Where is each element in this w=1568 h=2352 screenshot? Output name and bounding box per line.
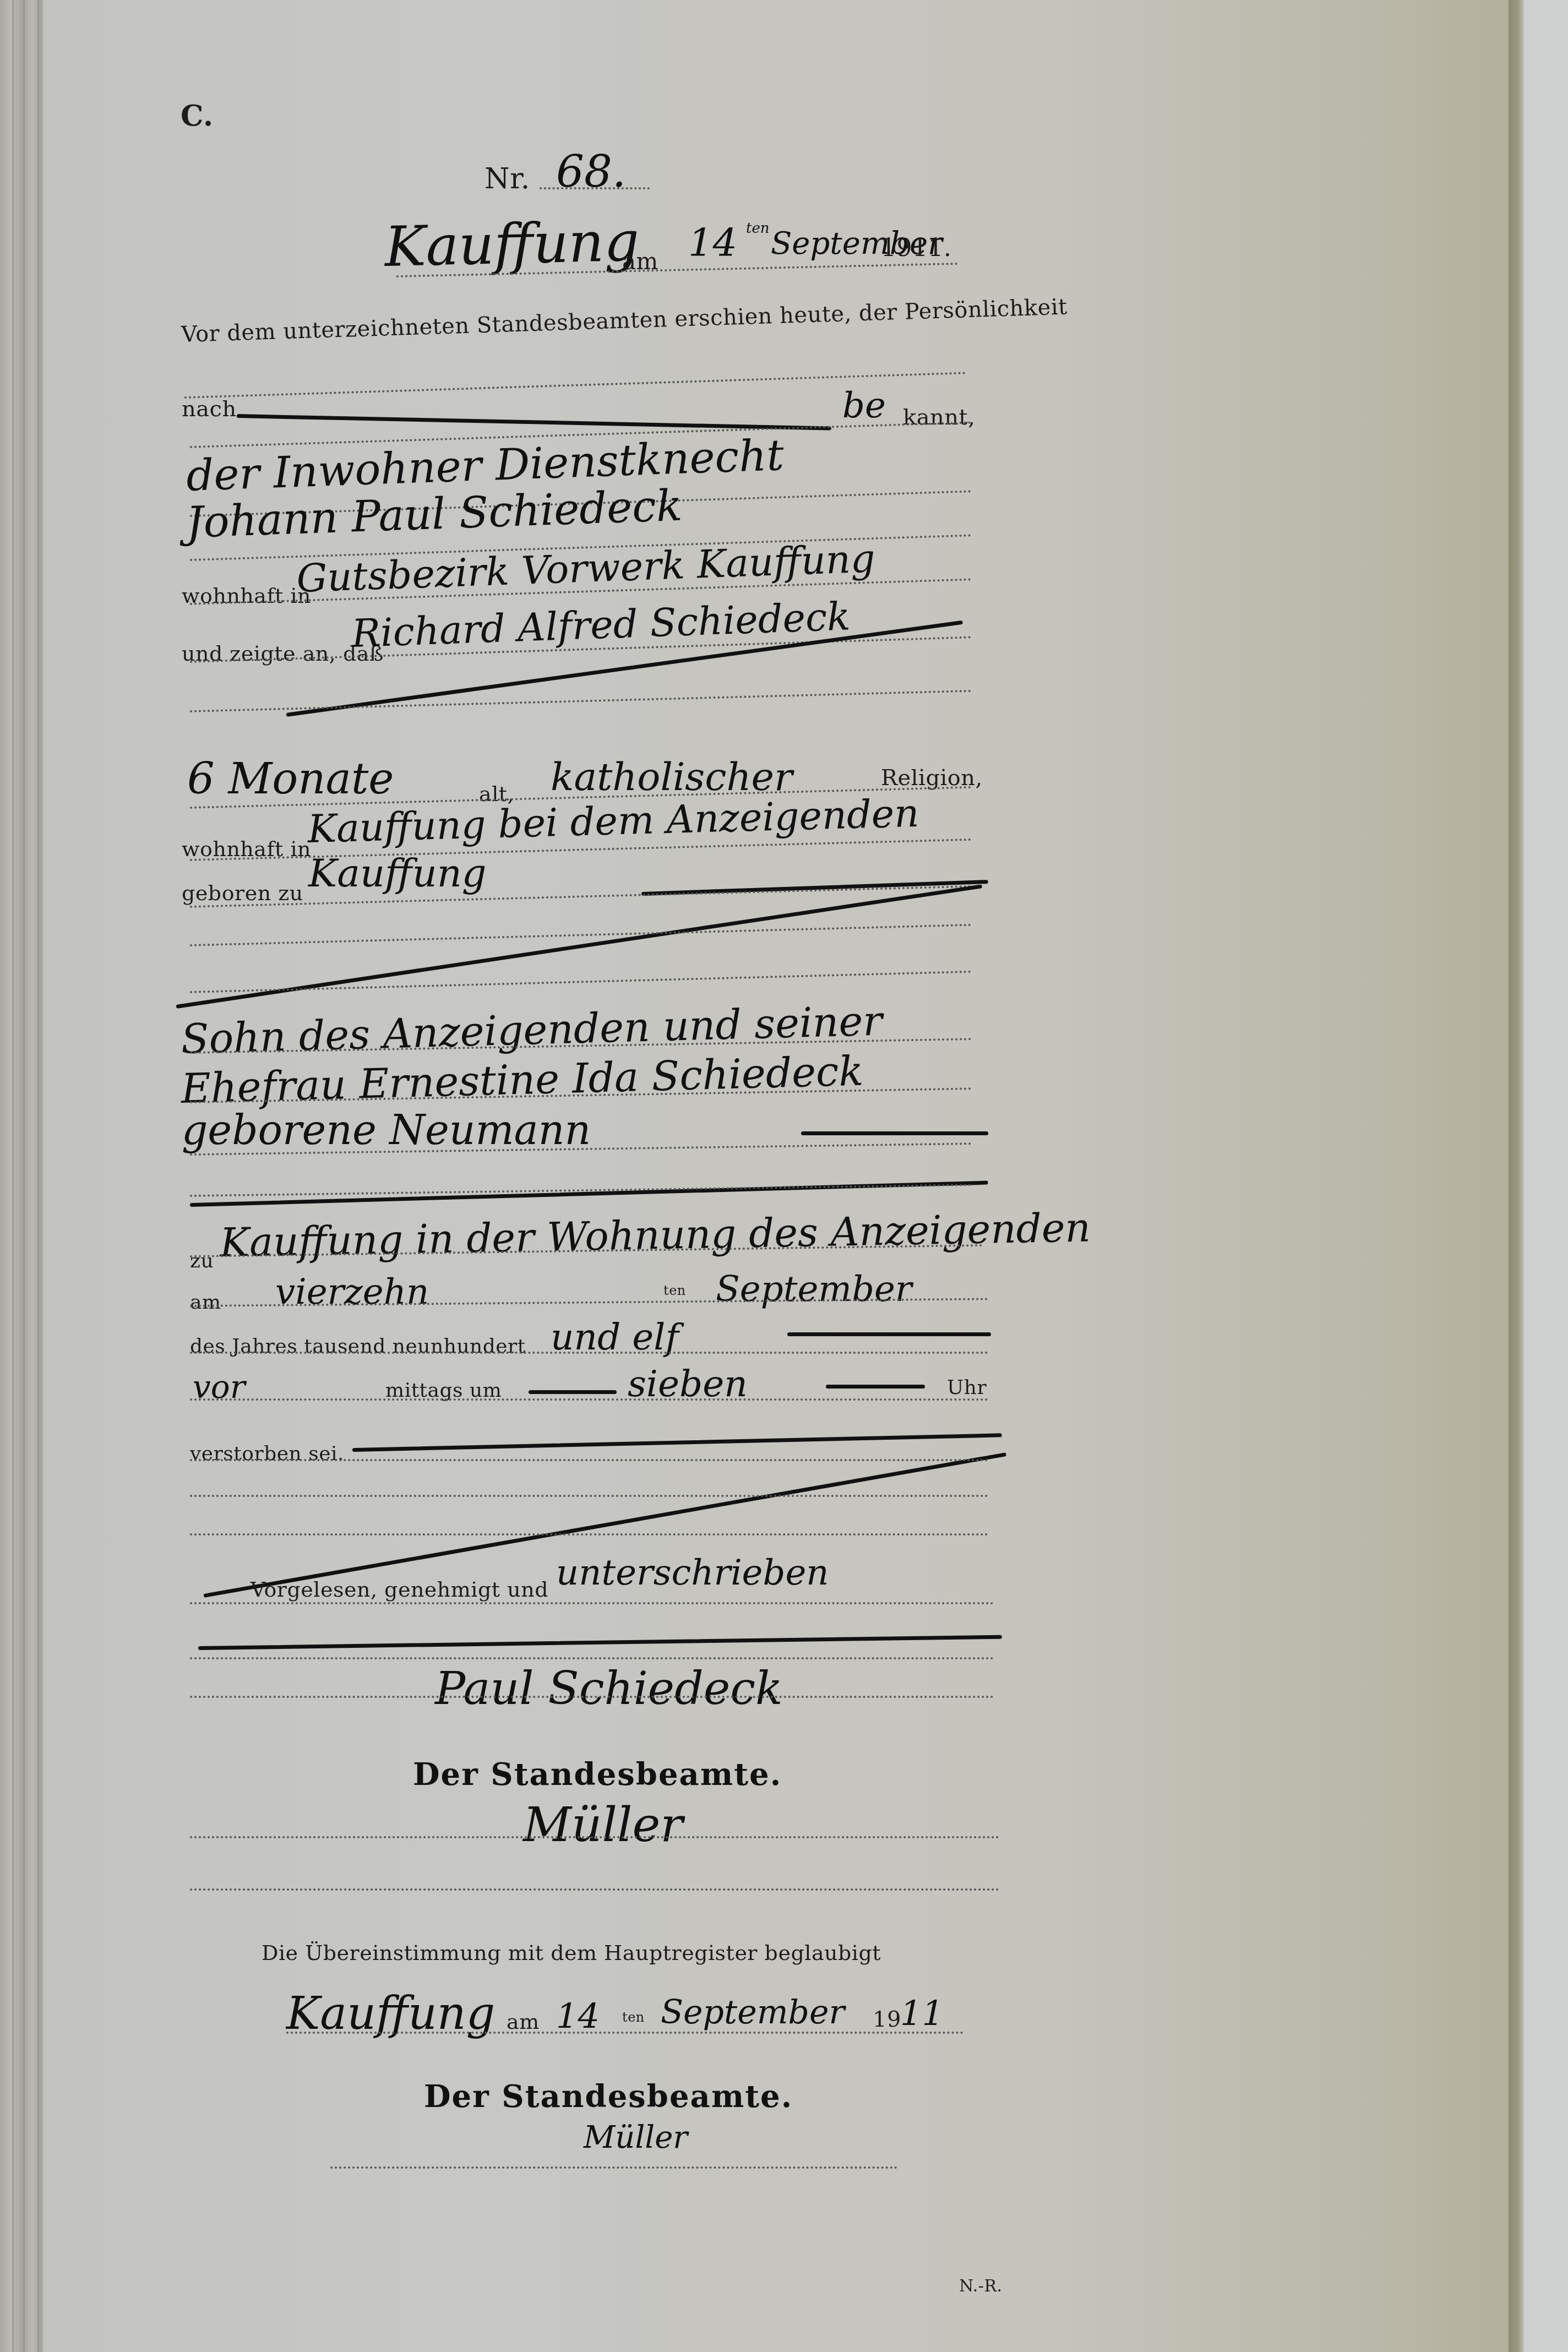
strike-line [529,1390,617,1394]
header-day: 14 [688,220,737,265]
death-ten-label: ten [663,1283,686,1298]
certification-ten-label: ten [622,2010,645,2025]
dotted-line [190,1533,988,1536]
dotted-line [190,1495,988,1497]
dotted-line [286,2032,963,2034]
verstorben-label: verstorben sei. [190,1442,344,1465]
dotted-line [190,1888,999,1891]
certification-year-suffix: 11 [900,1993,944,2033]
page-edge-line [37,0,39,2352]
dotted-line [190,1459,988,1461]
entry-number-label: Nr. [484,162,530,195]
dotted-line [190,1696,994,1698]
vorgelesen-label: Vorgelesen, genehmigt und [251,1577,548,1602]
uhr-label: Uhr [947,1376,987,1399]
certification-text: Die Übereinstimmung mit dem Hauptregiste… [262,1941,881,1965]
deceased-age: 6 Monate [187,754,394,804]
certification-month: September [661,1993,845,2032]
certification-registrar-signature: Müller [584,2120,688,2155]
registrar-signature: Müller [523,1798,683,1853]
dotted-line [190,1836,999,1838]
geboren-label: geboren zu [182,881,303,905]
dotted-line [190,1657,994,1659]
certification-year-prefix: 19 [873,2007,901,2032]
registrar-title: Der Standesbeamte. [413,1756,782,1793]
footer-mark: N.-R. [959,2277,1003,2296]
dotted-line [540,187,650,189]
death-day: vierzehn [275,1272,429,1313]
nach-label: nach [182,396,237,422]
strike-line [801,1131,988,1135]
page-right-edge [1509,0,1524,2352]
header-day-suffix: ten [746,220,770,237]
background-strip [1524,0,1568,2352]
dotted-line [190,1602,994,1604]
year-label: des Jahres tausend neunhundert [190,1335,526,1358]
unterschrieben: unterschrieben [556,1553,829,1593]
bekannt-prefix: be [842,385,886,426]
header-year: 1911. [881,234,951,262]
section-letter: C. [181,99,214,133]
certification-registrar-title: Der Standesbeamte. [424,2078,793,2115]
death-am-label: am [190,1291,221,1314]
dotted-line [330,2166,897,2169]
page-edge-line [12,0,14,2352]
informant-signature: Paul Schiedeck [435,1663,783,1715]
entry-number: 68. [556,146,626,197]
strike-line [826,1385,925,1389]
dotted-line [190,1352,988,1354]
zu-label: zu [190,1250,214,1272]
bekannt-label: kannt, [903,405,975,430]
certification-day: 14 [556,1996,600,2036]
page-edge-line [23,0,25,2352]
certification-am-label: am [507,2010,540,2034]
deceased-birthplace: Kauffung [308,851,487,896]
dotted-line [190,1398,988,1401]
strike-line [787,1332,991,1336]
death-month: September [716,1269,912,1310]
parents-line-3: geborene Neumann [182,1107,591,1154]
header-place: Kauffung [384,209,640,279]
